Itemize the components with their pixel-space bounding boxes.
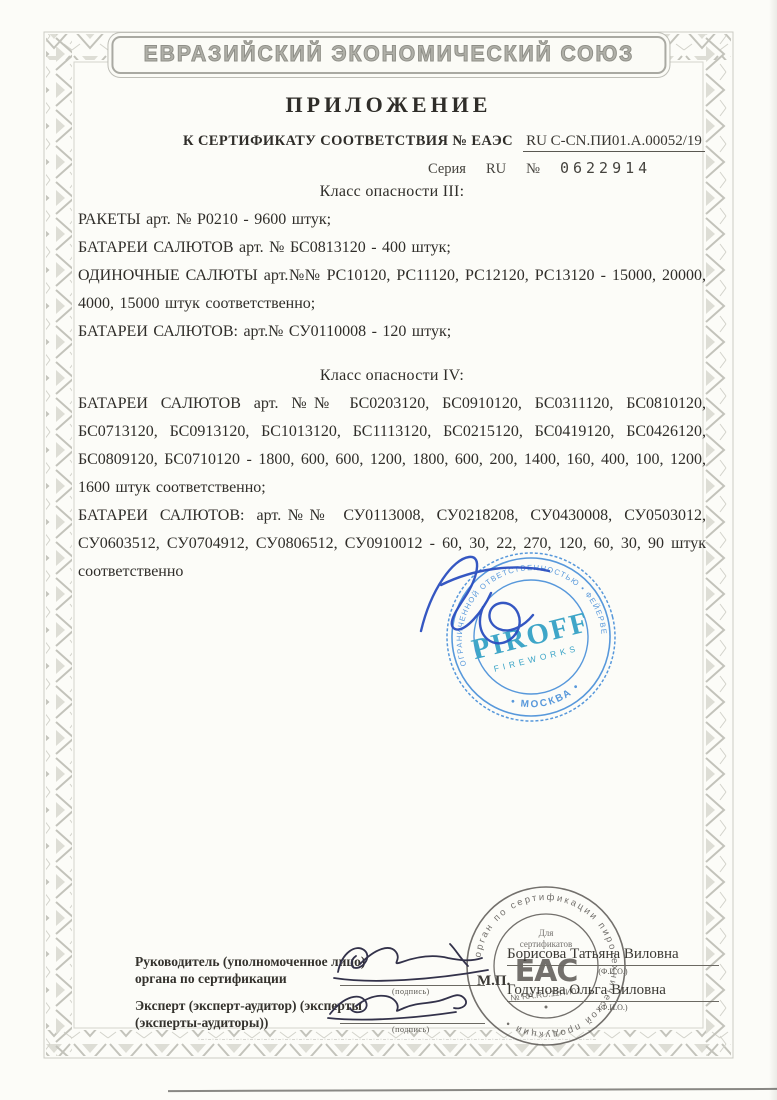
name-row-head: Борисова Татьяна Виловна (Ф.И.О.) [507,946,719,976]
cert-stamp-top-line1: Для [539,928,554,938]
scan-edge-shadow [769,0,777,1100]
head-name-caption: (Ф.И.О.) [507,967,719,976]
expert-name-caption: (Ф.И.О.) [507,1003,719,1012]
head-name: Борисова Татьяна Виловна [507,946,719,966]
stamp-ring-text-bottom: • МОСКВА • [507,679,585,717]
hazard-class-4-heading: Класс опасности IV: [78,367,706,385]
hazard-class-4-item: БАТАРЕИ САЛЮТОВ арт. №№ БС0203120, БС091… [78,390,706,502]
hazard-class-4-item: БАТАРЕИ САЛЮТОВ: арт.№№ СУ0113008, СУ021… [78,502,706,586]
certificate-number: RU C-CN.ПИ01.А.00052/19 [523,133,705,152]
series-row: Серия RU № 0622914 [428,159,651,178]
series-region: RU [486,161,506,178]
certificate-page: ЕВРАЗИЙСКИЙ ЭКОНОМИЧЕСКИЙ СОЮЗ ПРИЛОЖЕНИ… [0,0,777,1100]
hazard-class-3-item: РАКЕТЫ арт. № Р0210 - 9600 штук; [78,206,706,234]
handwritten-signature-expert [326,984,496,1030]
document-body: Класс опасности III: РАКЕТЫ арт. № Р0210… [78,183,706,586]
hazard-class-3-item: БАТАРЕИ САЛЮТОВ: арт.№ СУ0110008 - 120 ш… [78,318,706,346]
handwritten-signature-blue [413,545,583,660]
eaeu-header-banner: ЕВРАЗИЙСКИЙ ЭКОНОМИЧЕСКИЙ СОЮЗ [111,36,666,74]
hazard-class-3-heading: Класс опасности III: [78,183,706,201]
svg-text:• МОСКВА •: • МОСКВА • [507,679,585,717]
name-row-expert: Годунова Ольга Виловна (Ф.И.О.) [507,982,719,1012]
handwritten-signature-head [332,940,492,986]
expert-name: Годунова Ольга Виловна [507,982,719,1002]
series-label: Серия [428,161,466,178]
series-number-sign: № [526,161,540,178]
series-number: 0622914 [560,159,651,177]
page-title: ПРИЛОЖЕНИЕ [0,92,777,118]
certificate-number-row: К СЕРТИФИКАТУ СООТВЕТСТВИЯ № ЕАЭС RU C-C… [183,133,705,152]
certificate-label: К СЕРТИФИКАТУ СООТВЕТСТВИЯ № ЕАЭС [183,133,513,150]
hazard-class-3-item: БАТАРЕИ САЛЮТОВ арт. № БС0813120 - 400 ш… [78,234,706,262]
hazard-class-3-item: ОДИНОЧНЫЕ САЛЮТЫ арт.№№ РС10120, РС11120… [78,262,706,318]
eaeu-banner-text: ЕВРАЗИЙСКИЙ ЭКОНОМИЧЕСКИЙ СОЮЗ [143,41,634,67]
stamp-here-label: М.П. [477,973,510,990]
